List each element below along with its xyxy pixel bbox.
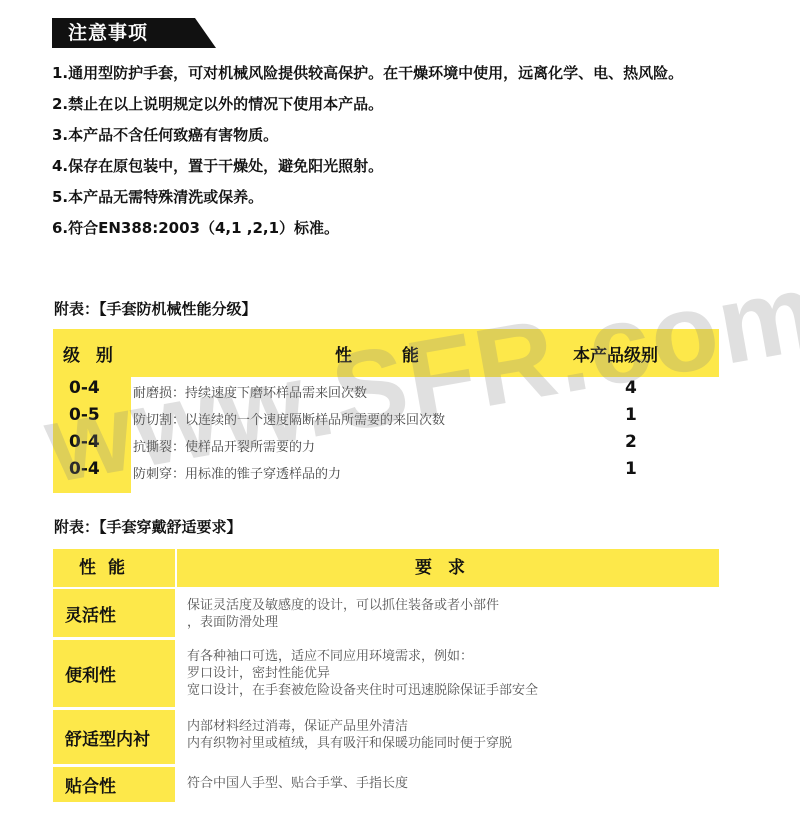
level-range: 0-4 — [69, 378, 100, 398]
level-range: 0-4 — [69, 459, 100, 479]
requirement-line: 内部材料经过消毒，保证产品里外清洁 — [187, 718, 719, 735]
table-row: 0-4 抗撕裂：使样品开裂所需要的力 2 — [53, 431, 719, 458]
level-range: 0-4 — [69, 432, 100, 452]
mechanical-performance-table: 级 别 性 能 本产品级别 0-4 耐磨损：持续速度下磨坏样品需来回次数 4 0… — [53, 329, 719, 485]
property-name: 舒适型内衬 — [53, 710, 175, 764]
requirement-line: 保证灵活度及敏感度的设计，可以抓住装备或者小部件 — [187, 597, 719, 614]
performance-desc: 防切割：以连续的一个速度隔断样品所需要的来回次数 — [133, 409, 445, 428]
note-item: 5.本产品无需特殊清洗或保养。 — [52, 182, 762, 213]
table1-caption: 附表：【手套防机械性能分级】 — [54, 298, 257, 319]
product-level: 1 — [625, 459, 637, 479]
notes-list: 1.通用型防护手套，可对机械风险提供较高保护。在干燥环境中使用，远离化学、电、热… — [52, 58, 762, 244]
table-row: 0-5 防切割：以连续的一个速度隔断样品所需要的来回次数 1 — [53, 404, 719, 431]
property-name: 贴合性 — [53, 767, 175, 802]
header-requirement: 要求 — [177, 549, 719, 587]
requirement-text: 有各种袖口可选，适应不同应用环境需求，例如： 罗口设计，密封性能优异 宽口设计，… — [177, 640, 719, 707]
product-level: 2 — [625, 432, 637, 452]
note-item: 2.禁止在以上说明规定以外的情况下使用本产品。 — [52, 89, 762, 120]
property-name: 灵活性 — [53, 589, 175, 637]
table1-header: 级 别 性 能 本产品级别 — [53, 329, 719, 377]
requirement-text: 符合中国人手型、贴合手掌、手指长度 — [177, 767, 719, 802]
note-item: 1.通用型防护手套，可对机械风险提供较高保护。在干燥环境中使用，远离化学、电、热… — [52, 58, 762, 89]
property-name: 便利性 — [53, 640, 175, 707]
requirement-line: 罗口设计，密封性能优异 — [187, 665, 719, 682]
table2-caption: 附表：【手套穿戴舒适要求】 — [54, 516, 242, 537]
requirement-line: 宽口设计，在手套被危险设备夹住时可迅速脱除保证手部安全 — [187, 682, 719, 699]
table-row: 灵活性 保证灵活度及敏感度的设计，可以抓住装备或者小部件 ，表面防滑处理 — [53, 589, 719, 637]
requirement-line: 内有织物衬里或植绒，具有吸汗和保暖功能同时便于穿脱 — [187, 735, 719, 752]
table2-header: 性能 要求 — [53, 549, 719, 587]
note-item: 4.保存在原包装中，置于干燥处，避免阳光照射。 — [52, 151, 762, 182]
header-performance: 性能 — [53, 549, 175, 587]
section-title: 注意事项 — [52, 18, 216, 48]
header-performance: 性 能 — [335, 341, 441, 366]
level-range: 0-5 — [69, 405, 100, 425]
header-level: 级 别 — [63, 341, 118, 366]
performance-desc: 防刺穿：用标准的锥子穿透样品的力 — [133, 463, 341, 482]
table-row: 0-4 耐磨损：持续速度下磨坏样品需来回次数 4 — [53, 377, 719, 404]
performance-desc: 耐磨损：持续速度下磨坏样品需来回次数 — [133, 382, 367, 401]
table-row: 0-4 防刺穿：用标准的锥子穿透样品的力 1 — [53, 458, 719, 485]
performance-desc: 抗撕裂：使样品开裂所需要的力 — [133, 436, 315, 455]
header-product-level: 本产品级别 — [573, 341, 658, 366]
note-item: 6.符合EN388:2003（4,1 ,2,1）标准。 — [52, 213, 762, 244]
note-item: 3.本产品不含任何致癌有害物质。 — [52, 120, 762, 151]
product-level: 1 — [625, 405, 637, 425]
requirement-text: 内部材料经过消毒，保证产品里外清洁 内有织物衬里或植绒，具有吸汗和保暖功能同时便… — [177, 710, 719, 764]
table-row: 舒适型内衬 内部材料经过消毒，保证产品里外清洁 内有织物衬里或植绒，具有吸汗和保… — [53, 710, 719, 764]
requirement-line: 符合中国人手型、贴合手掌、手指长度 — [187, 775, 719, 792]
table-row: 便利性 有各种袖口可选，适应不同应用环境需求，例如： 罗口设计，密封性能优异 宽… — [53, 640, 719, 707]
requirement-line: ，表面防滑处理 — [187, 614, 719, 631]
table-row: 贴合性 符合中国人手型、贴合手掌、手指长度 — [53, 767, 719, 802]
product-level: 4 — [625, 378, 637, 398]
requirement-text: 保证灵活度及敏感度的设计，可以抓住装备或者小部件 ，表面防滑处理 — [177, 589, 719, 637]
requirement-line: 有各种袖口可选，适应不同应用环境需求，例如： — [187, 648, 719, 665]
comfort-requirements-table: 性能 要求 灵活性 保证灵活度及敏感度的设计，可以抓住装备或者小部件 ，表面防滑… — [53, 549, 719, 805]
